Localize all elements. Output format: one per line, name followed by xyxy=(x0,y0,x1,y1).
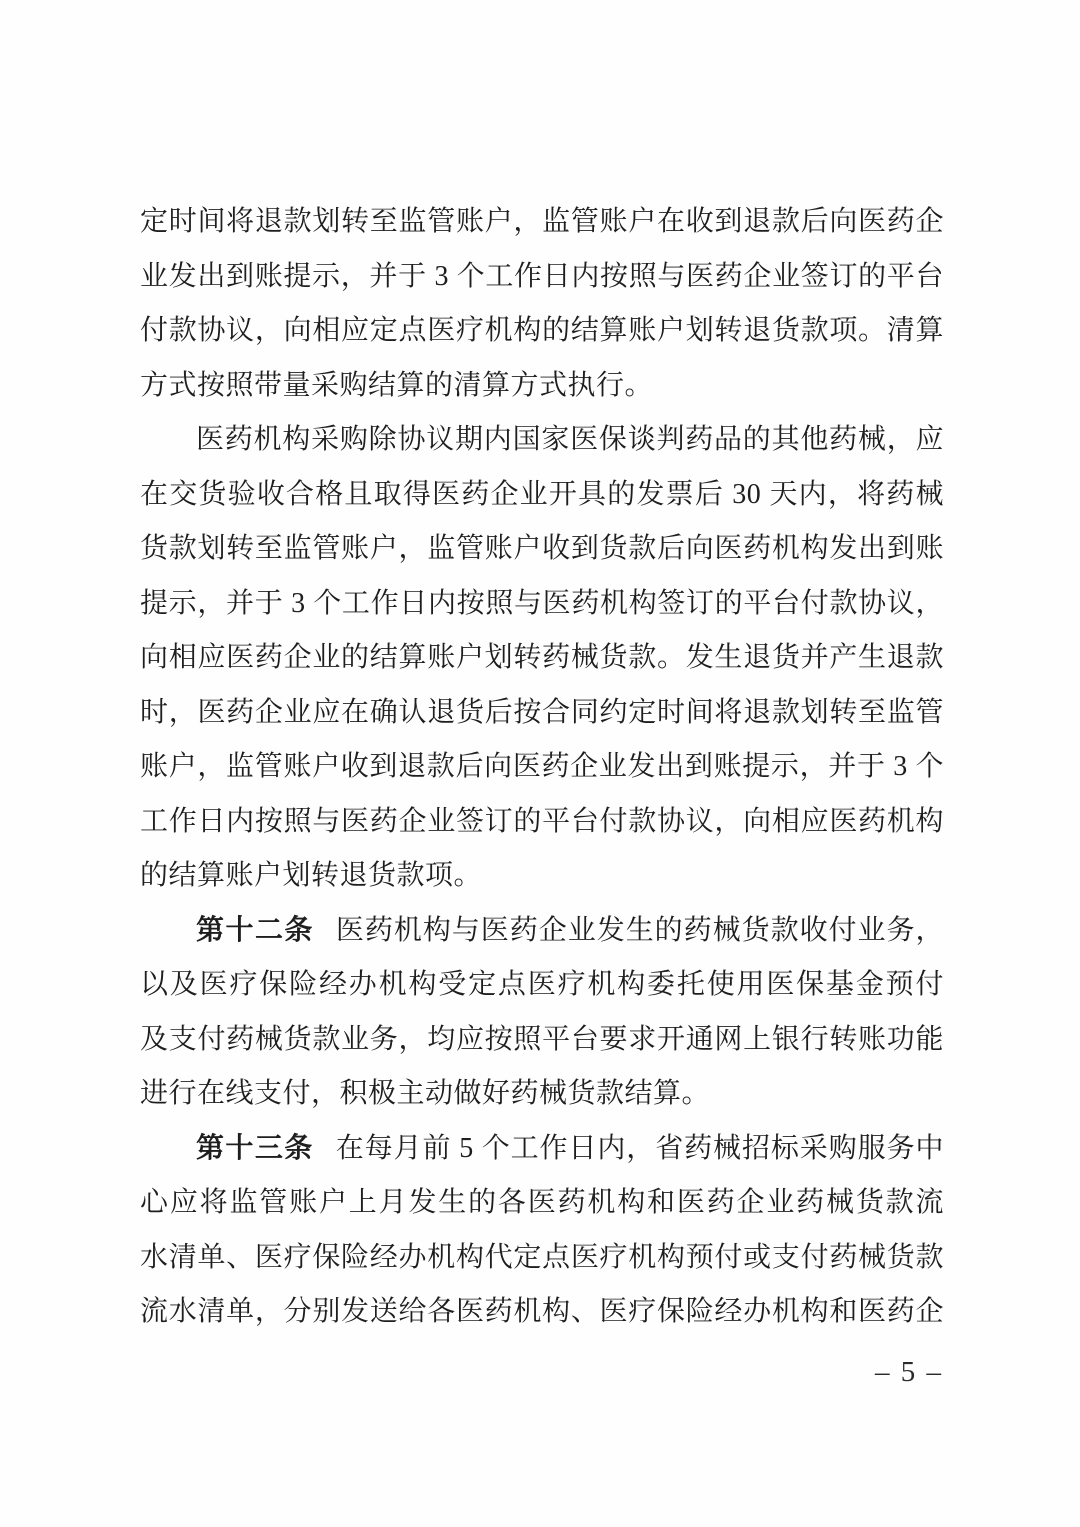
text-line: 向相应医药企业的结算账户划转药械货款。发生退货并产生退款 xyxy=(140,631,944,686)
paragraph-continuation: 定时间将退款划转至监管账户，监管账户在收到退款后向医药企 业发出到账提示，并于 … xyxy=(140,195,944,413)
text-line: 提示，并于 3 个工作日内按照与医药机构签订的平台付款协议， xyxy=(140,577,944,632)
text-line: 第十二条医药机构与医药企业发生的药械货款收付业务， xyxy=(140,904,944,959)
document-body: 定时间将退款划转至监管账户，监管账户在收到退款后向医药企 业发出到账提示，并于 … xyxy=(140,195,944,1340)
text-line: 以及医疗保险经办机构受定点医疗机构委托使用医保基金预付 xyxy=(140,958,944,1013)
text-line: 在交货验收合格且取得医药企业开具的发票后 30 天内，将药械 xyxy=(140,468,944,523)
text-line: 账户，监管账户收到退款后向医药企业发出到账提示，并于 3 个 xyxy=(140,740,944,795)
text-line: 定时间将退款划转至监管账户，监管账户在收到退款后向医药企 xyxy=(140,195,944,250)
text-line: 及支付药械货款业务，均应按照平台要求开通网上银行转账功能 xyxy=(140,1013,944,1068)
article-12: 第十二条医药机构与医药企业发生的药械货款收付业务， 以及医疗保险经办机构受定点医… xyxy=(140,904,944,1122)
text-line: 医药机构采购除协议期内国家医保谈判药品的其他药械，应 xyxy=(140,413,944,468)
text-line: 水清单、医疗保险经办机构代定点医疗机构预付或支付药械货款 xyxy=(140,1231,944,1286)
text-line: 业发出到账提示，并于 3 个工作日内按照与医药企业签订的平台 xyxy=(140,250,944,305)
text-line: 工作日内按照与医药企业签订的平台付款协议，向相应医药机构 xyxy=(140,795,944,850)
article-12-text: 医药机构与医药企业发生的药械货款收付业务， xyxy=(336,915,944,946)
page-number: – 5 – xyxy=(875,1352,943,1392)
text-line: 时，医药企业应在确认退货后按合同约定时间将退款划转至监管 xyxy=(140,686,944,741)
text-line: 货款划转至监管账户，监管账户收到货款后向医药机构发出到账 xyxy=(140,522,944,577)
text-line: 进行在线支付，积极主动做好药械货款结算。 xyxy=(140,1067,944,1122)
text-line: 流水清单，分别发送给各医药机构、医疗保险经办机构和医药企 xyxy=(140,1285,944,1340)
article-13: 第十三条在每月前 5 个工作日内，省药械招标采购服务中 心应将监管账户上月发生的… xyxy=(140,1122,944,1340)
document-page: 定时间将退款划转至监管账户，监管账户在收到退款后向医药企 业发出到账提示，并于 … xyxy=(0,0,1080,1527)
text-line: 的结算账户划转退货款项。 xyxy=(140,849,944,904)
text-line: 心应将监管账户上月发生的各医药机构和医药企业药械货款流 xyxy=(140,1176,944,1231)
text-line: 第十三条在每月前 5 个工作日内，省药械招标采购服务中 xyxy=(140,1122,944,1177)
text-line: 方式按照带量采购结算的清算方式执行。 xyxy=(140,359,944,414)
paragraph-body: 医药机构采购除协议期内国家医保谈判药品的其他药械，应 在交货验收合格且取得医药企… xyxy=(140,413,944,904)
article-13-heading: 第十三条 xyxy=(196,1133,314,1164)
text-line: 付款协议，向相应定点医疗机构的结算账户划转退货款项。清算 xyxy=(140,304,944,359)
article-12-heading: 第十二条 xyxy=(196,915,314,946)
article-13-text: 在每月前 5 个工作日内，省药械招标采购服务中 xyxy=(336,1133,944,1164)
